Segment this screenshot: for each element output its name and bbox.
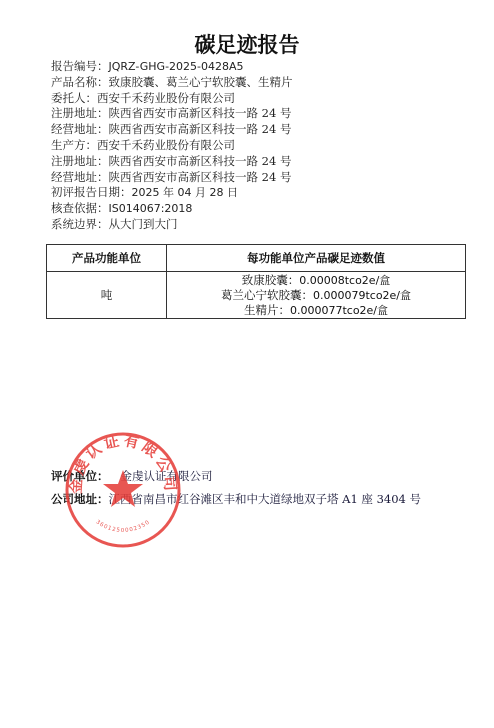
info-label: 报告编号： [51,59,109,73]
info-label: 经营地址： [51,170,109,184]
address-row: 公司地址：江西省南昌市红谷滩区丰和中大道绿地双子塔 A1 座 3404 号 [51,491,421,507]
info-value: 陕西省西安市高新区科技一路 24 号 [109,154,292,168]
functional-unit-cell: 吨 [47,272,167,319]
info-client: 委托人：西安千禾药业股份有限公司 [51,91,293,107]
info-verification-basis: 核查依据：IS014067:2018 [51,201,293,217]
info-label: 核查依据： [51,201,109,215]
info-label: 初评报告日期： [51,185,132,199]
footprint-line: 葛兰心宁软胶囊：0.000079tco2e/盒 [167,288,465,303]
info-label: 注册地址： [51,154,109,168]
info-label: 注册地址： [51,106,109,120]
info-value: 陕西省西安市高新区科技一路 24 号 [109,170,292,184]
info-initial-report-date: 初评报告日期：2025 年 04 月 28 日 [51,185,293,201]
info-value: 陕西省西安市高新区科技一路 24 号 [109,122,292,136]
info-value: JQRZ-GHG-2025-0428A5 [109,60,244,73]
info-label: 系统边界： [51,217,109,231]
info-manufacturer-business-address: 经营地址：陕西省西安市高新区科技一路 24 号 [51,170,293,186]
info-value: 2025 年 04 月 28 日 [132,186,238,199]
info-client-registered-address: 注册地址：陕西省西安市高新区科技一路 24 号 [51,106,293,122]
info-product-name: 产品名称：致康胶囊、葛兰心宁软胶囊、生精片 [51,75,293,91]
footprint-line: 致康胶囊：0.00008tco2e/盒 [167,273,465,288]
footprint-line: 生精片：0.000077tco2e/盒 [167,303,465,318]
info-value: IS014067:2018 [109,202,193,215]
product-name: 生精片： [244,303,290,317]
table-header-row: 产品功能单位 每功能单位产品碳足迹数值 [47,245,466,272]
evaluator-label: 评价单位： [51,469,109,483]
report-info: 报告编号：JQRZ-GHG-2025-0428A5 产品名称：致康胶囊、葛兰心宁… [51,59,293,233]
info-value: 西安千禾药业股份有限公司 [97,91,235,105]
svg-text:金虔认证有限公司: 金虔认证有限公司 [67,431,180,494]
info-manufacturer-registered-address: 注册地址：陕西省西安市高新区科技一路 24 号 [51,154,293,170]
info-client-business-address: 经营地址：陕西省西安市高新区科技一路 24 号 [51,122,293,138]
info-label: 经营地址： [51,122,109,136]
info-label: 产品名称： [51,75,109,89]
info-system-boundary: 系统边界：从大门到大门 [51,217,293,233]
svg-text:3601250002350: 3601250002350 [95,519,152,534]
table-row: 吨 致康胶囊：0.00008tco2e/盒 葛兰心宁软胶囊：0.000079tc… [47,272,466,319]
product-name: 致康胶囊： [242,273,300,287]
info-value: 陕西省西安市高新区科技一路 24 号 [109,106,292,120]
header-footprint-value: 每功能单位产品碳足迹数值 [167,245,466,272]
footprint-value: 0.000077tco2e/盒 [290,304,388,317]
info-manufacturer: 生产方：西安千禾药业股份有限公司 [51,138,293,154]
document-title: 碳足迹报告 [0,29,494,59]
company-seal-icon: 金虔认证有限公司 3601250002350 [64,431,182,549]
evaluator-row: 评价单位：金虔认证有限公司 [51,468,213,484]
info-label: 委托人： [51,91,97,105]
footprint-value: 0.000079tco2e/盒 [313,289,411,302]
info-report-number: 报告编号：JQRZ-GHG-2025-0428A5 [51,59,293,75]
carbon-footprint-table: 产品功能单位 每功能单位产品碳足迹数值 吨 致康胶囊：0.00008tco2e/… [46,244,466,319]
info-value: 致康胶囊、葛兰心宁软胶囊、生精片 [109,75,293,89]
evaluator-value: 金虔认证有限公司 [121,469,213,483]
header-functional-unit: 产品功能单位 [47,245,167,272]
info-value: 从大门到大门 [109,217,178,231]
address-value: 江西省南昌市红谷滩区丰和中大道绿地双子塔 A1 座 3404 号 [109,492,422,506]
address-label: 公司地址： [51,492,109,506]
footprint-values-cell: 致康胶囊：0.00008tco2e/盒 葛兰心宁软胶囊：0.000079tco2… [167,272,466,319]
product-name: 葛兰心宁软胶囊： [221,288,313,302]
info-value: 西安千禾药业股份有限公司 [97,138,235,152]
info-label: 生产方： [51,138,97,152]
footprint-value: 0.00008tco2e/盒 [299,274,390,287]
